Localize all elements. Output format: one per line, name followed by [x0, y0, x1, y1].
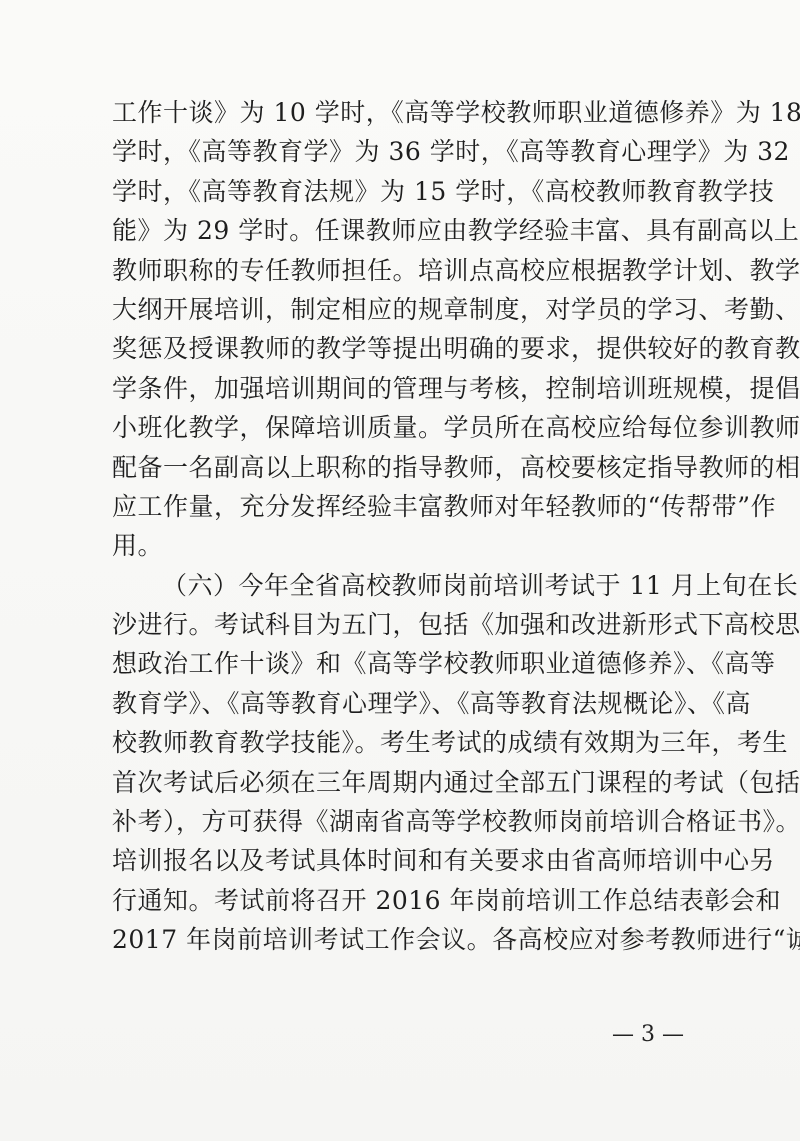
text-line: 工作十谈》为 10 学时，《高等学校教师职业道德修养》为 18 — [112, 93, 720, 132]
text-line: 能》为 29 学时。任课教师应由教学经验丰富、具有副高以上 — [112, 211, 720, 250]
text-line: 配备一名副高以上职称的指导教师，高校要核定指导教师的相 — [112, 448, 720, 487]
text-line: 用。 — [112, 526, 720, 565]
body-text: 工作十谈》为 10 学时，《高等学校教师职业道德修养》为 18学时，《高等教育学… — [112, 93, 720, 960]
text-line: 想政治工作十谈》和《高等学校教师职业道德修养》、《高等 — [112, 644, 720, 683]
text-line: 沙进行。考试科目为五门，包括《加强和改进新形式下高校思 — [112, 605, 720, 644]
text-line: 补考），方可获得《湖南省高等学校教师岗前培训合格证书》。 — [112, 802, 720, 841]
text-line: 学时，《高等教育法规》为 15 学时，《高校教师教育教学技 — [112, 172, 720, 211]
text-line: 小班化教学，保障培训质量。学员所在高校应给每位参训教师 — [112, 408, 720, 447]
text-line: 2017 年岗前培训考试工作会议。各高校应对参考教师进行“诚 — [112, 920, 720, 959]
text-line: 教师职称的专任教师担任。培训点高校应根据教学计划、教学 — [112, 251, 720, 290]
text-line: 校教师教育教学技能》。考生考试的成绩有效期为三年，考生 — [112, 723, 720, 762]
text-line: 应工作量，充分发挥经验丰富教师对年轻教师的“传帮带”作 — [112, 487, 720, 526]
text-line: 学时，《高等教育学》为 36 学时，《高等教育心理学》为 32 — [112, 132, 720, 171]
text-line: 教育学》、《高等教育心理学》、《高等教育法规概论》、《高 — [112, 684, 720, 723]
document-page: 工作十谈》为 10 学时，《高等学校教师职业道德修养》为 18学时，《高等教育学… — [0, 0, 800, 1141]
text-line: 奖惩及授课教师的教学等提出明确的要求，提供较好的教育教 — [112, 329, 720, 368]
text-line: 大纲开展培训，制定相应的规章制度，对学员的学习、考勤、 — [112, 290, 720, 329]
page-number: — 3 — — [612, 1022, 684, 1047]
text-line: 培训报名以及考试具体时间和有关要求由省高师培训中心另 — [112, 841, 720, 880]
text-line: 学条件，加强培训期间的管理与考核，控制培训班规模，提倡 — [112, 369, 720, 408]
text-line: 行通知。考试前将召开 2016 年岗前培训工作总结表彰会和 — [112, 881, 720, 920]
text-line: 首次考试后必须在三年周期内通过全部五门课程的考试（包括 — [112, 763, 720, 802]
text-line: （六）今年全省高校教师岗前培训考试于 11 月上旬在长 — [112, 566, 720, 605]
